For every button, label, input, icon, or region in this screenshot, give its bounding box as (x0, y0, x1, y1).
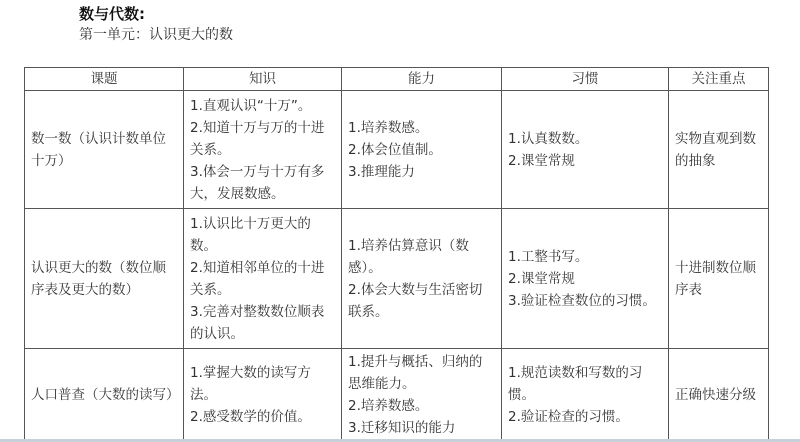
cell-topic: 数一数（认识计数单位十万） (25, 91, 184, 209)
table-row: 人口普查（大数的读写） 1.掌握大数的读写方法。 2.感受数学的价值。 1.提升… (25, 349, 769, 441)
header-focus: 关注重点 (669, 68, 769, 91)
knowledge-item: 3.体会一万与十万有多大，发展数感。 (190, 161, 335, 205)
cell-knowledge: 1.认识比十万更大的数。 2.知道相邻单位的十进关系。 3.完善对整数数位顺表的… (184, 209, 342, 349)
section-heading: 数与代数: (79, 3, 145, 24)
ability-item: 2.体会位值制。 (348, 139, 495, 161)
ability-item: 1.提升与概括、归纳的思维能力。 (348, 351, 495, 395)
header-knowledge: 知识 (184, 68, 342, 91)
cell-focus: 十进制数位顺序表 (669, 209, 769, 349)
cell-ability: 1.提升与概括、归纳的思维能力。 2.培养数感。 3.迁移知识的能力 (342, 349, 502, 441)
habit-item: 2.验证检查的习惯。 (508, 406, 662, 428)
cell-habit: 1.工整书写。 2.课堂常规 3.验证检查数位的习惯。 (502, 209, 669, 349)
cell-topic: 认识更大的数（数位顺序表及更大的数） (25, 209, 184, 349)
habit-item: 1.认真数数。 (508, 128, 662, 150)
curriculum-table: 课题 知识 能力 习惯 关注重点 数一数（认识计数单位十万） 1.直观认识“十万… (24, 67, 769, 441)
cell-topic: 人口普查（大数的读写） (25, 349, 184, 441)
cell-focus: 实物直观到数的抽象 (669, 91, 769, 209)
unit-title: 第一单元：认识更大的数 (79, 24, 233, 44)
ability-item: 1.培养数感。 (348, 117, 495, 139)
habit-item: 3.验证检查数位的习惯。 (508, 290, 662, 312)
table-header-row: 课题 知识 能力 习惯 关注重点 (25, 68, 769, 91)
knowledge-item: 2.知道十万与万的十进关系。 (190, 117, 335, 161)
cell-habit: 1.规范读数和写数的习惯。 2.验证检查的习惯。 (502, 349, 669, 441)
ability-item: 3.推理能力 (348, 161, 495, 183)
knowledge-item: 2.知道相邻单位的十进关系。 (190, 257, 335, 301)
ability-item: 1.培养估算意识（数感）。 (348, 235, 495, 279)
header-habit: 习惯 (502, 68, 669, 91)
header-topic: 课题 (25, 68, 184, 91)
cell-knowledge: 1.直观认识“十万”。 2.知道十万与万的十进关系。 3.体会一万与十万有多大，… (184, 91, 342, 209)
header-ability: 能力 (342, 68, 502, 91)
cell-ability: 1.培养估算意识（数感）。 2.体会大数与生活密切联系。 (342, 209, 502, 349)
knowledge-item: 3.完善对整数数位顺表的认识。 (190, 301, 335, 345)
ability-item: 2.体会大数与生活密切联系。 (348, 279, 495, 323)
habit-item: 2.课堂常规 (508, 268, 662, 290)
knowledge-item: 1.掌握大数的读写方法。 (190, 362, 335, 406)
habit-item: 1.工整书写。 (508, 246, 662, 268)
habit-item: 2.课堂常规 (508, 150, 662, 172)
ability-item: 3.迁移知识的能力 (348, 417, 495, 439)
cell-focus: 正确快速分级 (669, 349, 769, 441)
knowledge-item: 1.认识比十万更大的数。 (190, 213, 335, 257)
table-row: 认识更大的数（数位顺序表及更大的数） 1.认识比十万更大的数。 2.知道相邻单位… (25, 209, 769, 349)
knowledge-item: 2.感受数学的价值。 (190, 406, 335, 428)
cell-ability: 1.培养数感。 2.体会位值制。 3.推理能力 (342, 91, 502, 209)
table-row: 数一数（认识计数单位十万） 1.直观认识“十万”。 2.知道十万与万的十进关系。… (25, 91, 769, 209)
ability-item: 2.培养数感。 (348, 395, 495, 417)
cell-knowledge: 1.掌握大数的读写方法。 2.感受数学的价值。 (184, 349, 342, 441)
knowledge-item: 1.直观认识“十万”。 (190, 95, 335, 117)
habit-item: 1.规范读数和写数的习惯。 (508, 362, 662, 406)
cell-habit: 1.认真数数。 2.课堂常规 (502, 91, 669, 209)
